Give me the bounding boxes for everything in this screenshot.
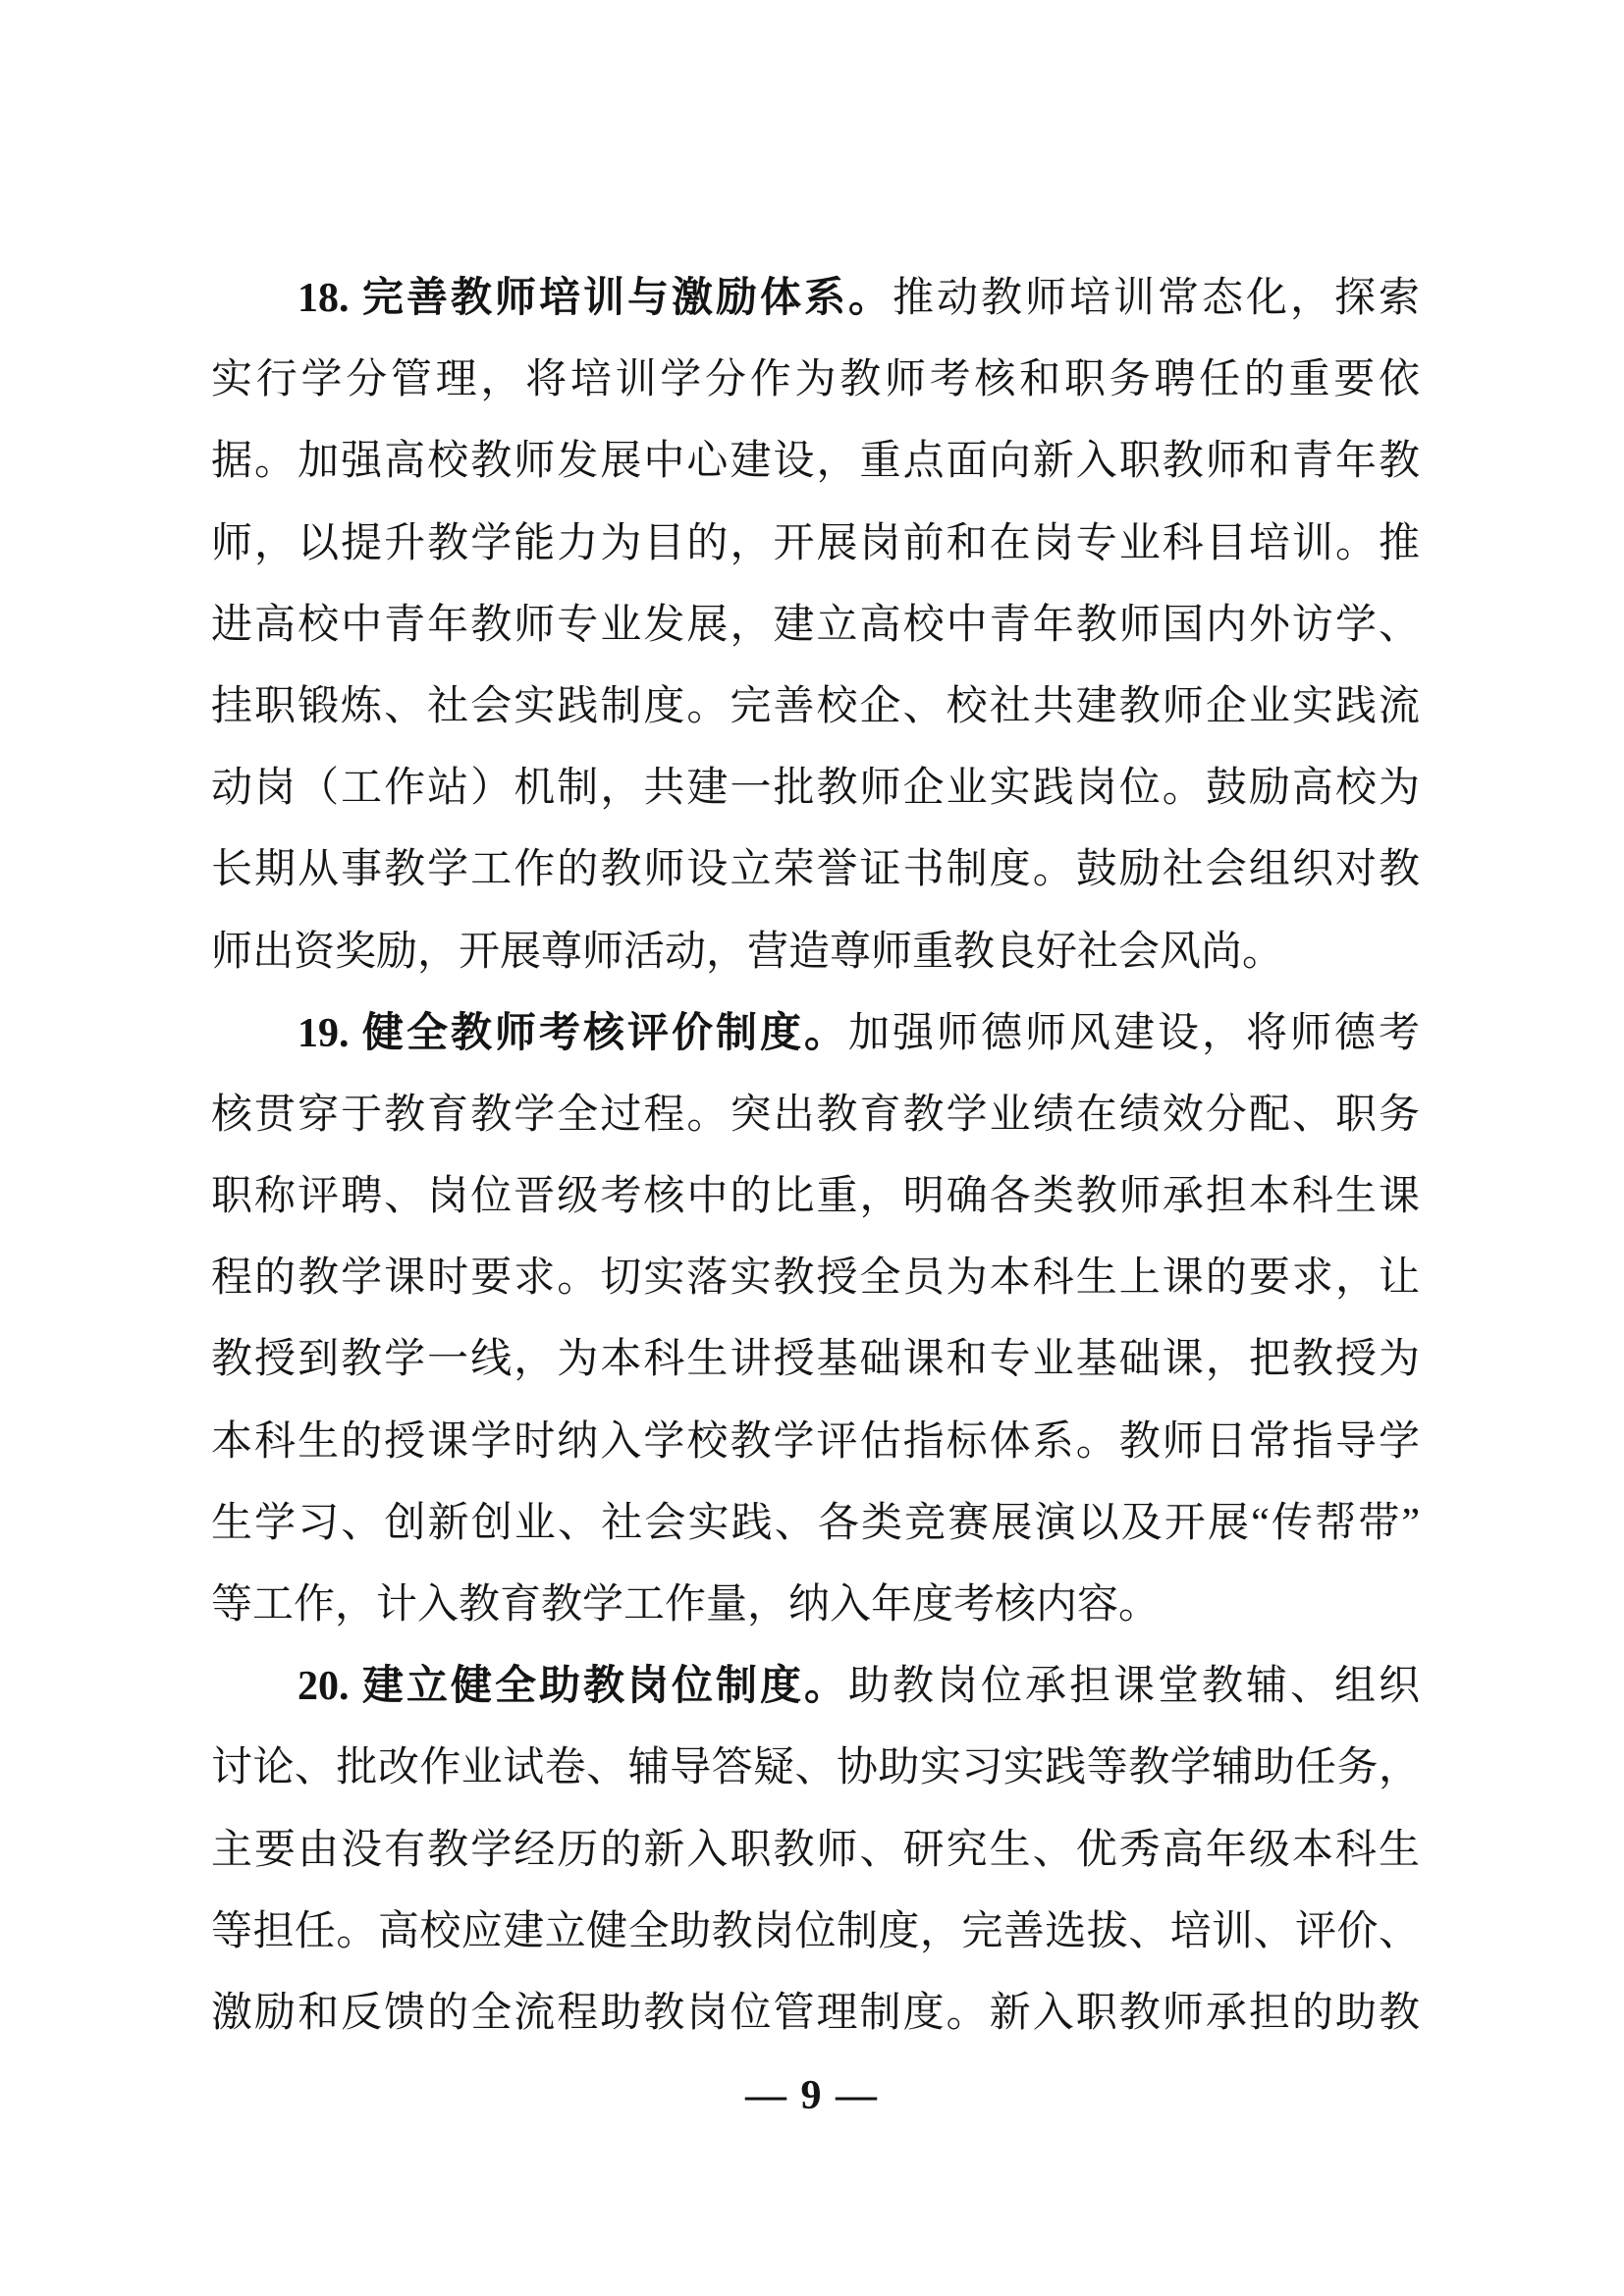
text-line: 长期从事教学工作的教师设立荣誉证书制度。鼓励社会组织对教 bbox=[211, 829, 1420, 911]
text-line: 动岗（工作站）机制，共建一批教师企业实践岗位。鼓励高校为 bbox=[211, 748, 1420, 829]
paragraph-lead: 19. 健全教师考核评价制度。 bbox=[298, 1011, 848, 1056]
text-line: 等工作，计入教育教学工作量，纳入年度考核内容。 bbox=[211, 1565, 1420, 1646]
text-line: 实行学分管理，将培训学分作为教师考核和职务聘任的重要依 bbox=[211, 340, 1420, 421]
text-line: 18. 完善教师培训与激励体系。推动教师培训常态化，探索 bbox=[211, 258, 1420, 340]
text-line: 讨论、批改作业试卷、辅导答疑、协助实习实践等教学辅助任务， bbox=[211, 1728, 1420, 1809]
text-line: 程的教学课时要求。切实落实教授全员为本科生上课的要求，让 bbox=[211, 1238, 1420, 1319]
paragraph-lead: 20. 建立健全助教岗位制度。 bbox=[298, 1664, 848, 1709]
text-line: 本科生的授课学时纳入学校教学评估指标体系。教师日常指导学 bbox=[211, 1402, 1420, 1483]
text-line: 教授到教学一线，为本科生讲授基础课和专业基础课，把教授为 bbox=[211, 1319, 1420, 1401]
paragraph-lead: 18. 完善教师培训与激励体系。 bbox=[298, 276, 893, 321]
text-line: 据。加强高校教师发展中心建设，重点面向新入职教师和青年教 bbox=[211, 421, 1420, 503]
text-line: 激励和反馈的全流程助教岗位管理制度。新入职教师承担的助教 bbox=[211, 1973, 1420, 2055]
text-line: 核贯穿于教育教学全过程。突出教育教学业绩在绩效分配、职务 bbox=[211, 1075, 1420, 1156]
paragraph-18: 18. 完善教师培训与激励体系。推动教师培训常态化，探索实行学分管理，将培训学分… bbox=[211, 258, 1420, 993]
text-line: 20. 建立健全助教岗位制度。助教岗位承担课堂教辅、组织 bbox=[211, 1646, 1420, 1728]
text-line: 19. 健全教师考核评价制度。加强师德师风建设，将师德考 bbox=[211, 993, 1420, 1075]
paragraph-19: 19. 健全教师考核评价制度。加强师德师风建设，将师德考核贯穿于教育教学全过程。… bbox=[211, 993, 1420, 1647]
page-number: — 9 — bbox=[0, 2071, 1624, 2120]
text-line: 主要由没有教学经历的新入职教师、研究生、优秀高年级本科生 bbox=[211, 1810, 1420, 1892]
text-line: 进高校中青年教师专业发展，建立高校中青年教师国内外访学、 bbox=[211, 585, 1420, 667]
text-line: 挂职锻炼、社会实践制度。完善校企、校社共建教师企业实践流 bbox=[211, 667, 1420, 748]
text-line: 生学习、创新创业、社会实践、各类竞赛展演以及开展“传帮带” bbox=[211, 1483, 1420, 1565]
text-line: 职称评聘、岗位晋级考核中的比重，明确各类教师承担本科生课 bbox=[211, 1156, 1420, 1238]
text-line: 等担任。高校应建立健全助教岗位制度，完善选拔、培训、评价、 bbox=[211, 1892, 1420, 1973]
text-line: 师出资奖励，开展尊师活动，营造尊师重教良好社会风尚。 bbox=[211, 912, 1420, 993]
text-line: 师，以提升教学能力为目的，开展岗前和在岗专业科目培训。推 bbox=[211, 504, 1420, 585]
document-body: 18. 完善教师培训与激励体系。推动教师培训常态化，探索实行学分管理，将培训学分… bbox=[211, 258, 1420, 2055]
document-page: { "page": { "background": "#ffffff", "te… bbox=[0, 0, 1624, 2296]
paragraph-20: 20. 建立健全助教岗位制度。助教岗位承担课堂教辅、组织讨论、批改作业试卷、辅导… bbox=[211, 1646, 1420, 2055]
